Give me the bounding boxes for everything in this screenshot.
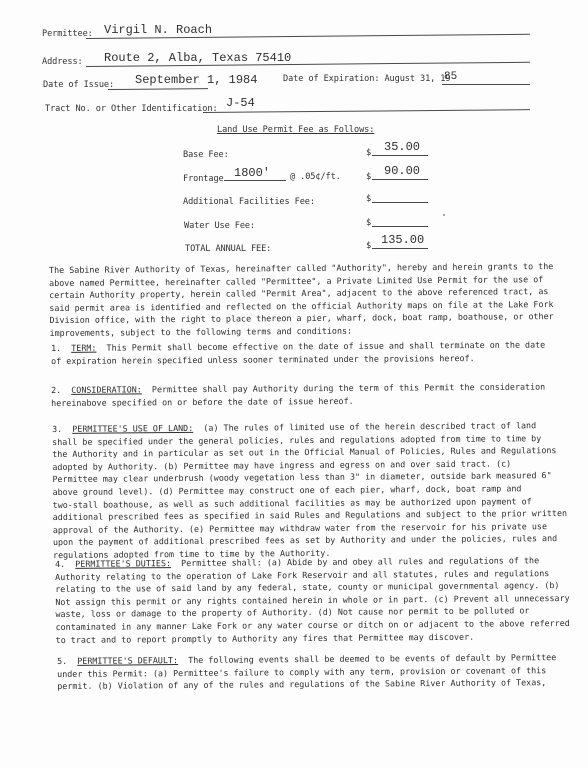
permit-document: Permittee: Virgil N. Roach Address: Rout… bbox=[0, 0, 588, 768]
total-fee-label: TOTAL ANNUAL FEE: bbox=[185, 244, 271, 254]
base-fee-value: 35.00 bbox=[384, 140, 420, 154]
expiration-date-label: Date of Expiration: August 31, 19 bbox=[283, 74, 450, 84]
section-text: (a) The rules of limited use of the here… bbox=[203, 420, 536, 433]
water-use-label: Water Use Fee: bbox=[184, 221, 255, 231]
frontage-fee-currency: $ bbox=[366, 172, 371, 182]
base-fee-label: Base Fee: bbox=[183, 150, 229, 160]
additional-facilities-label: Additional Facilities Fee: bbox=[183, 197, 315, 207]
fee-table-title: Land Use Permit Fee as Follows: bbox=[217, 125, 374, 135]
address-label: Address: bbox=[42, 57, 83, 67]
section-default: 5. PERMITTEE'S DEFAULT: The following ev… bbox=[57, 651, 569, 693]
intro-paragraph: The Sabine River Authority of Texas, her… bbox=[49, 260, 562, 340]
expiration-year-value: 85 bbox=[444, 71, 457, 83]
additional-facilities-currency: $ bbox=[366, 194, 371, 204]
water-use-underline bbox=[372, 226, 428, 227]
tract-value: J-54 bbox=[226, 96, 255, 110]
issue-date-underline bbox=[108, 88, 208, 90]
section-text: Permittee shall: (a) Abide by and obey a… bbox=[181, 555, 539, 568]
speck-mark bbox=[443, 214, 445, 216]
section-heading-use-of-land: PERMITTEE'S USE OF LAND: bbox=[72, 423, 193, 434]
issue-date-label: Date of Issue: bbox=[43, 80, 114, 90]
section-term: 1. TERM: This Permit shall become effect… bbox=[51, 338, 563, 367]
section-consideration: 2. CONSIDERATION: Permittee shall pay Au… bbox=[51, 380, 563, 409]
issue-date-value: September 1, 1984 bbox=[135, 73, 257, 87]
section-use-of-land: 3. PERMITTEE'S USE OF LAND: (a) The rule… bbox=[52, 419, 565, 562]
section-text: The following events shall be deemed to … bbox=[188, 652, 556, 665]
intro-line: improvements, subject to the following t… bbox=[49, 323, 561, 340]
section-heading-consideration: CONSIDERATION: bbox=[71, 384, 142, 394]
section-number: 2. bbox=[51, 385, 61, 395]
section-heading-default: PERMITTEE'S DEFAULT: bbox=[77, 655, 178, 666]
section-number: 4. bbox=[55, 559, 65, 569]
section-text: Permittee shall pay Authority during the… bbox=[152, 382, 545, 395]
tract-label: Tract No. or Other Identification: bbox=[45, 104, 218, 114]
section-number: 1. bbox=[51, 343, 61, 353]
frontage-fee-underline bbox=[372, 179, 428, 180]
frontage-feet-value: 1800' bbox=[234, 166, 270, 180]
section-text: permit. (b) Violation of any of the rule… bbox=[57, 676, 569, 693]
frontage-feet-underline bbox=[224, 180, 286, 181]
base-fee-currency: $ bbox=[366, 148, 371, 158]
frontage-fee-value: 90.00 bbox=[384, 164, 420, 178]
total-fee-currency: $ bbox=[366, 241, 371, 251]
expiration-underline bbox=[442, 84, 530, 85]
section-heading-duties: PERMITTEE'S DUTIES: bbox=[75, 558, 171, 569]
permittee-value: Virgil N. Roach bbox=[104, 23, 212, 37]
address-value: Route 2, Alba, Texas 75410 bbox=[104, 51, 291, 65]
water-use-currency: $ bbox=[366, 218, 371, 228]
section-text: This Permit shall become effective on th… bbox=[107, 340, 546, 353]
total-fee-underline bbox=[372, 248, 428, 249]
section-number: 5. bbox=[57, 656, 67, 666]
base-fee-underline bbox=[372, 155, 428, 156]
section-heading-term: TERM: bbox=[71, 343, 96, 353]
additional-facilities-underline bbox=[372, 202, 428, 203]
total-fee-value: 135.00 bbox=[381, 233, 424, 247]
frontage-rate: @ .05¢/ft. bbox=[290, 172, 341, 182]
section-number: 3. bbox=[52, 424, 62, 434]
frontage-label: Frontage bbox=[183, 174, 224, 184]
section-duties: 4. PERMITTEE'S DUTIES: Permittee shall: … bbox=[55, 554, 568, 646]
